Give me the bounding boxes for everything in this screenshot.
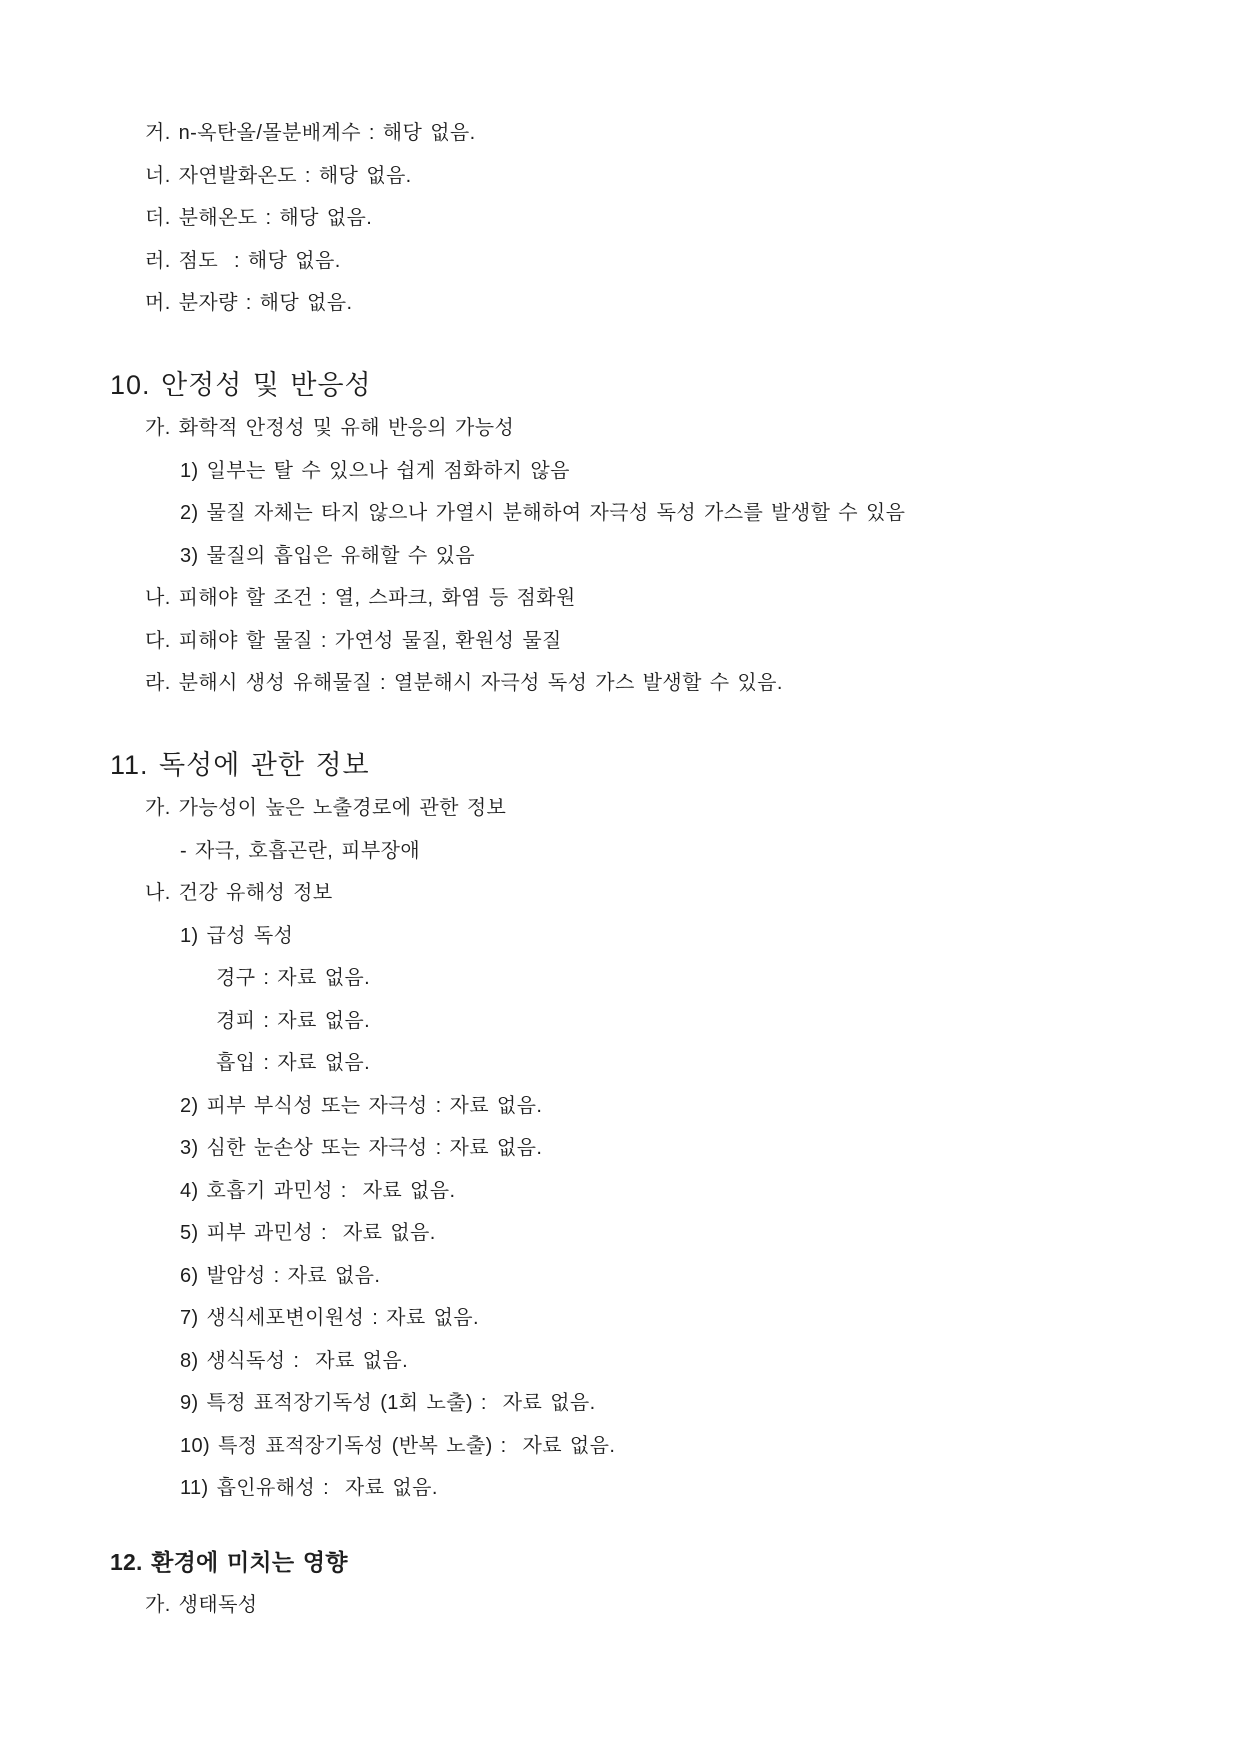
section-line: 11) 흡인유해성 : 자료 없음. [0,1467,1240,1510]
section-heading: 11. 독성에 관한 정보 [0,745,1240,788]
document-body: 거. n-옥탄올/몰분배계수 : 해당 없음.너. 자연발화온도 : 해당 없음… [0,0,1240,1627]
section-line: 3) 심한 눈손상 또는 자극성 : 자료 없음. [0,1127,1240,1170]
property-list-item: 러. 점도 : 해당 없음. [0,240,1240,283]
section-line: 2) 피부 부식성 또는 자극성 : 자료 없음. [0,1085,1240,1128]
section-line: 10) 특정 표적장기독성 (반복 노출) : 자료 없음. [0,1425,1240,1468]
section-line: 6) 발암성 : 자료 없음. [0,1255,1240,1298]
section-line: 9) 특정 표적장기독성 (1회 노출) : 자료 없음. [0,1382,1240,1425]
section-heading: 10. 안정성 및 반응성 [0,365,1240,408]
section-line: 4) 호흡기 과민성 : 자료 없음. [0,1170,1240,1213]
section-line: 가. 가능성이 높은 노출경로에 관한 정보 [0,787,1240,830]
section-line: 1) 일부는 탈 수 있으나 쉽게 점화하지 않음 [0,450,1240,493]
section-line: 가. 생태독성 [0,1584,1240,1627]
section-line: 라. 분해시 생성 유해물질 : 열분해시 자극성 독성 가스 발생할 수 있음… [0,662,1240,705]
section-line: 가. 화학적 안정성 및 유해 반응의 가능성 [0,407,1240,450]
section-line: 나. 건강 유해성 정보 [0,872,1240,915]
property-list-item: 너. 자연발화온도 : 해당 없음. [0,155,1240,198]
section-line: 1) 급성 독성 [0,915,1240,958]
property-list-item: 머. 분자량 : 해당 없음. [0,282,1240,325]
section-line: 다. 피해야 할 물질 : 가연성 물질, 환원성 물질 [0,620,1240,663]
section-line: 3) 물질의 흡입은 유해할 수 있음 [0,535,1240,578]
section-line: - 자극, 호흡곤란, 피부장애 [0,830,1240,873]
section-line: 7) 생식세포변이원성 : 자료 없음. [0,1297,1240,1340]
section-line: 경구 : 자료 없음. [0,957,1240,1000]
section-line: 흡입 : 자료 없음. [0,1042,1240,1085]
section-heading: 12. 환경에 미치는 영향 [0,1542,1240,1585]
section-line: 8) 생식독성 : 자료 없음. [0,1340,1240,1383]
section-line: 나. 피해야 할 조건 : 열, 스파크, 화염 등 점화원 [0,577,1240,620]
section-line: 경피 : 자료 없음. [0,1000,1240,1043]
document-page: 거. n-옥탄올/몰분배계수 : 해당 없음.너. 자연발화온도 : 해당 없음… [0,0,1240,1754]
section-line: 2) 물질 자체는 타지 않으나 가열시 분해하여 자극성 독성 가스를 발생할… [0,492,1240,535]
property-list-item: 거. n-옥탄올/몰분배계수 : 해당 없음. [0,112,1240,155]
section-line: 5) 피부 과민성 : 자료 없음. [0,1212,1240,1255]
property-list-item: 더. 분해온도 : 해당 없음. [0,197,1240,240]
